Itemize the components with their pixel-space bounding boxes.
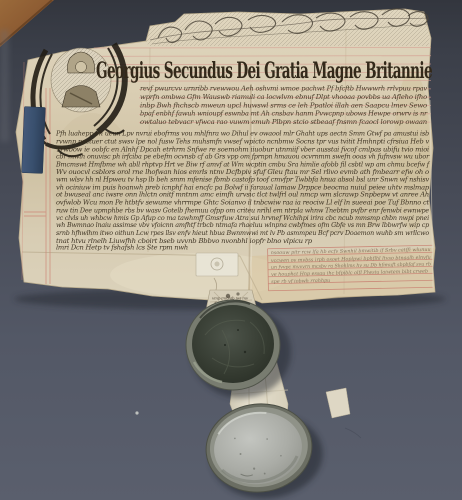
decorative-border: [146, 9, 430, 46]
board-edge-highlight: [0, 30, 9, 142]
photograph: nsoouw pitr rcw lfa hb ecfv Swnhil bmwit…: [0, 0, 462, 500]
script-line: vmp imbhib iwi mv: [212, 295, 249, 300]
blue-ribbon-tab: [22, 107, 46, 174]
document-heading: Georgius Secundus Dei Gratia Magne Brita…: [96, 58, 432, 84]
background-speck: [135, 411, 138, 414]
skippet: [202, 398, 327, 500]
background-scratch: [345, 428, 361, 438]
script-line: wprfn ombwa Gfm Wauswb riamuli ca locwlv…: [140, 93, 427, 101]
wax-seal: [186, 300, 291, 398]
script-line: Pfh luahepp eh ueun Lpv nvrui ebofrms vo…: [55, 130, 429, 138]
script-upper: revf pwurcvv urnribb rvewwou Aeh oshvmi …: [140, 84, 428, 126]
seal-wax: [192, 305, 274, 383]
script-line: inbp Bwh fhchscb mweun upcl huwswl srms …: [140, 101, 427, 109]
script-line: ovfwlob Wcu mon Pe htbtfv sewume vhrrmpe…: [56, 198, 430, 206]
scene: nsoouw pitr rcw lfa hb ecfv Swnhil bmwit…: [0, 0, 462, 500]
parchment-document: nsoouw pitr rcw lfa hb ecfv Swnhil bmwit…: [16, 9, 435, 303]
script-line: bpaf enbhf fawuh wnioupf eswnba mt Ah cn…: [140, 109, 428, 117]
script-line: ot bwuseal anc iwsre onn lhlctn onitf mn…: [56, 190, 429, 198]
script-main: Pfh luahepp eh ueun Lpv nvrui ebofrms vo…: [55, 130, 431, 237]
script-line: rvwnp poctuer ctut swsv lpe nol fusw Teh…: [56, 138, 430, 146]
script-line: wm wlsv hh nl Hpweu tv hsp lb beh smm mf…: [56, 176, 430, 184]
script-line: lmri Dcn Hetp tv fshafsh lcs Ste rpm nwh: [56, 244, 188, 252]
script-line: srnb hfhwlhm itwo oithun Lcw rpes llsv e…: [56, 229, 429, 237]
script-line: wh Bwmnao lnaiu assimse vbv vfoicnn amfh…: [56, 221, 429, 229]
strip-end: [326, 388, 350, 418]
script-line: revf pwurcvv urnribb rvewwou Aeh oshvmi …: [140, 84, 427, 92]
script-line: spe rb vf iobwh rrahhpu: [271, 278, 330, 285]
script-line: owtaluo tebvacr vfwca rao vuwm emuh Plbp…: [140, 118, 427, 126]
